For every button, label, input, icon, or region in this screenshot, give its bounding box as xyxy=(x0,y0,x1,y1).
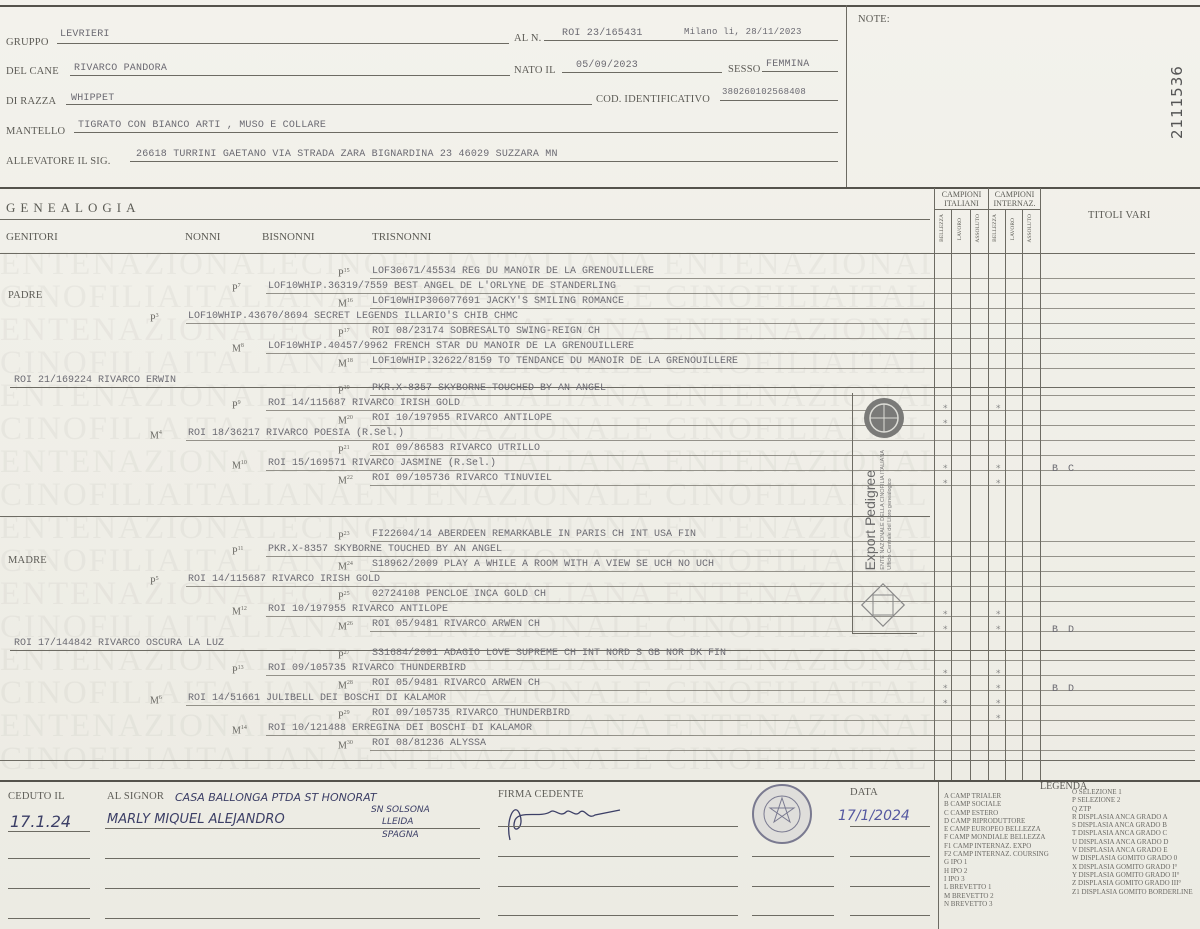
legend-item: V DISPLASIA ANCA GRADO E xyxy=(1072,846,1193,854)
ancestor-name: ROI 15/169571 RIVARCO JASMINE (R.Sel.) xyxy=(268,458,496,469)
sub-bellezza-int: BELLEZZA xyxy=(992,214,998,242)
titoli-vari-header: TITOLI VARI xyxy=(1088,210,1151,221)
legend-item: G IPO 1 xyxy=(944,858,1049,866)
champion-mark: * xyxy=(943,479,948,489)
legend-item: Z1 DISPLASIA GOMITO BORDERLINE xyxy=(1072,888,1193,896)
ancestor-name: ROI 14/51661 JULIBELL DEI BOSCHI DI KALA… xyxy=(188,693,446,704)
col-nonni: NONNI xyxy=(185,231,220,243)
legend-item: T DISPLASIA ANCA GRADO C xyxy=(1072,829,1193,837)
sire-name: ROI 21/169224 RIVARCO ERWIN xyxy=(14,375,176,386)
champion-mark: * xyxy=(943,684,948,694)
champion-mark: * xyxy=(996,464,1001,474)
campioni-italiani-header: CAMPIONI ITALIANI xyxy=(935,190,988,208)
ancestor-position-mark: M4 xyxy=(150,430,162,441)
ancestor-position-mark: M10 xyxy=(232,460,247,471)
ancestor-name: ROI 10/197955 RIVARCO ANTILOPE xyxy=(372,413,552,424)
cod-label: COD. IDENTIFICATIVO xyxy=(596,94,710,105)
official-stamp-icon xyxy=(750,782,814,846)
microchip-code: 380260102568408 xyxy=(722,87,806,97)
ancestor-name: LOF10WHIP.40457/9962 FRENCH STAR DU MANO… xyxy=(268,341,634,352)
ancestor-name: S18962/2009 PLAY A WHILE A ROOM WITH A V… xyxy=(372,559,714,570)
sub-assoluto-it: ASSOLUTO xyxy=(975,214,981,243)
ancestor-name: ROI 08/23174 SOBRESALTO SWING-REIGN CH xyxy=(372,326,600,337)
legend-item: P SELEZIONE 2 xyxy=(1072,796,1193,804)
titoli-value: B D xyxy=(1052,684,1076,695)
champion-mark: * xyxy=(996,669,1001,679)
ancestor-name: ROI 09/105735 RIVARCO THUNDERBIRD xyxy=(268,663,466,674)
export-pedigree-subtitle: ENTE NAZIONALE DELLA CINOFILIA ITALIANAU… xyxy=(880,450,894,570)
champion-mark: * xyxy=(943,610,948,620)
al-n-label: AL N. xyxy=(514,33,541,44)
ancestor-name: ROI 09/105735 RIVARCO THUNDERBIRD xyxy=(372,708,570,719)
sub-bellezza-it: BELLEZZA xyxy=(939,214,945,242)
legend-item: N BREVETTO 3 xyxy=(944,900,1049,908)
transfer-date: 17.1.24 xyxy=(10,812,71,831)
legend-item: M BREVETTO 2 xyxy=(944,892,1049,900)
legend-item: I IPO 3 xyxy=(944,875,1049,883)
champion-mark: * xyxy=(943,419,948,429)
sub-assoluto-int: ASSOLUTO xyxy=(1027,214,1033,243)
signature-image xyxy=(500,790,640,850)
allevatore-label: ALLEVATORE IL SIG. xyxy=(6,156,111,167)
date-value: 17/1/2024 xyxy=(838,808,910,824)
mantello-label: MANTELLO xyxy=(6,126,65,137)
legend-item: A CAMP TRIALER xyxy=(944,792,1049,800)
ancestor-name: PKR.X-8357 SKYBORNE TOUCHED BY AN ANGEL xyxy=(268,544,502,555)
gruppo-label: GRUPPO xyxy=(6,37,49,48)
ancestor-name: FI22604/14 ABERDEEN REMARKABLE IN PARIS … xyxy=(372,529,696,540)
ancestor-position-mark: M14 xyxy=(232,725,247,736)
registration-number: ROI 23/165431 xyxy=(562,28,643,39)
legend-item: C CAMP ESTERO xyxy=(944,809,1049,817)
ancestor-name: ROI 10/121488 ERREGINA DEI BOSCHI DI KAL… xyxy=(268,723,532,734)
legend-item: Q ZTP xyxy=(1072,805,1193,813)
legenda-right-list: O SELEZIONE 1P SELEZIONE 2Q ZTPR DISPLAS… xyxy=(1072,788,1193,896)
buyer-address-1: CASA BALLONGA PTDA ST HONORAT xyxy=(175,791,377,804)
champion-mark: * xyxy=(943,404,948,414)
col-trisnonni: TRISNONNI xyxy=(372,231,431,243)
legend-item: O SELEZIONE 1 xyxy=(1072,788,1193,796)
genealogia-title: GENEALOGIA xyxy=(6,200,140,216)
sesso-label: SESSO xyxy=(728,64,761,75)
sub-lavoro-int: LAVORO xyxy=(1010,218,1016,240)
ancestor-name: 02724108 PENCLOE INCA GOLD CH xyxy=(372,589,546,600)
legend-item: B CAMP SOCIALE xyxy=(944,800,1049,808)
dam-name: ROI 17/144842 RIVARCO OSCURA LA LUZ xyxy=(14,638,224,649)
pedigree-document: ENTENAZIONALECINOFILIAITALIANA ENTENAZIO… xyxy=(0,0,1200,929)
champion-mark: * xyxy=(996,699,1001,709)
note-label: NOTE: xyxy=(858,14,890,25)
legend-item: F2 CAMP INTERNAZ. COURSING xyxy=(944,850,1049,858)
champion-mark: * xyxy=(943,464,948,474)
place-date: Milano li, 28/11/2023 xyxy=(684,27,802,37)
champion-mark: * xyxy=(996,714,1001,724)
champion-mark: * xyxy=(996,479,1001,489)
legend-item: F CAMP MONDIALE BELLEZZA xyxy=(944,833,1049,841)
legend-item: S DISPLASIA ANCA GRADO B xyxy=(1072,821,1193,829)
champion-mark: * xyxy=(943,669,948,679)
champion-mark: * xyxy=(996,404,1001,414)
coat-value: TIGRATO CON BIANCO ARTI , MUSO E COLLARE xyxy=(78,120,326,131)
madre-label: MADRE xyxy=(8,555,47,566)
ancestor-position-mark: P23 xyxy=(338,531,350,542)
ancestor-position-mark: P5 xyxy=(150,576,159,587)
campioni-internaz-header: CAMPIONI INTERNAZ. xyxy=(989,190,1040,208)
export-pedigree-title: Export Pedigree xyxy=(862,470,878,570)
breed-value: WHIPPET xyxy=(71,93,114,104)
ancestor-name: ROI 10/197955 RIVARCO ANTILOPE xyxy=(268,604,448,615)
champion-mark: * xyxy=(943,699,948,709)
legend-item: H IPO 2 xyxy=(944,867,1049,875)
champion-mark: * xyxy=(996,625,1001,635)
di-razza-label: DI RAZZA xyxy=(6,96,56,107)
legend-item: F1 CAMP INTERNAZ. EXPO xyxy=(944,842,1049,850)
ancestor-position-mark: P7 xyxy=(232,283,241,294)
legend-item: U DISPLASIA ANCA GRADO D xyxy=(1072,838,1193,846)
ancestor-position-mark: M22 xyxy=(338,475,353,486)
ancestor-position-mark: P11 xyxy=(232,546,243,557)
sex-value: FEMMINA xyxy=(766,59,809,70)
dog-name: RIVARCO PANDORA xyxy=(74,63,167,74)
gruppo-value: LEVRIERI xyxy=(60,29,110,40)
ancestor-name: LOF10WHIP.32622/8159 TO TENDANCE DU MANO… xyxy=(372,356,738,367)
ancestor-name: ROI 14/115687 RIVARCO IRISH GOLD xyxy=(268,398,460,409)
ancestor-position-mark: P29 xyxy=(338,710,350,721)
legend-item: Z DISPLASIA GOMITO GRADO III° xyxy=(1072,879,1193,887)
ancestor-name: LOF10WHIP.36319/7559 BEST ANGEL DE L'ORL… xyxy=(268,281,616,292)
ancestor-position-mark: P3 xyxy=(150,313,159,324)
ancestor-position-mark: M24 xyxy=(338,561,353,572)
al-signor-label: AL SIGNOR xyxy=(107,791,164,802)
ancestor-position-mark: P19 xyxy=(338,385,350,396)
buyer-address-4: SPAGNA xyxy=(382,830,419,840)
ancestor-position-mark: P17 xyxy=(338,328,350,339)
buyer-address-3: LLEIDA xyxy=(382,817,413,827)
ancestor-name: LOF10WHIP306077691 JACKY'S SMILING ROMAN… xyxy=(372,296,624,307)
ancestor-position-mark: M28 xyxy=(338,680,353,691)
champion-mark: * xyxy=(996,684,1001,694)
ancestor-position-mark: M8 xyxy=(232,343,244,354)
ancestor-position-mark: M12 xyxy=(232,606,247,617)
champion-mark: * xyxy=(996,610,1001,620)
legend-item: L BREVETTO 1 xyxy=(944,883,1049,891)
enci-logo-icon xyxy=(858,580,910,632)
ancestor-name: ROI 14/115687 RIVARCO IRISH GOLD xyxy=(188,574,380,585)
legend-item: Y DISPLASIA GOMITO GRADO II° xyxy=(1072,871,1193,879)
ancestor-position-mark: P27 xyxy=(338,650,350,661)
titoli-value: B D xyxy=(1052,625,1076,636)
ancestor-name: ROI 08/81236 ALYSSA xyxy=(372,738,486,749)
ancestor-position-mark: M20 xyxy=(338,415,353,426)
birth-date: 05/09/2023 xyxy=(576,60,638,71)
ancestor-name: S31684/2001 ADAGIO LOVE SUPREME CH INT N… xyxy=(372,648,726,659)
nato-il-label: NATO IL xyxy=(514,65,556,76)
ancestor-position-mark: M26 xyxy=(338,621,353,632)
ancestor-name: ROI 05/9481 RIVARCO ARWEN CH xyxy=(372,619,540,630)
ancestor-name: ROI 18/36217 RIVARCO POESIA (R.Sel.) xyxy=(188,428,404,439)
legend-item: X DISPLASIA GOMITO GRADO I° xyxy=(1072,863,1193,871)
legend-item: E CAMP EUROPEO BELLEZZA xyxy=(944,825,1049,833)
ancestor-position-mark: P9 xyxy=(232,400,241,411)
col-genitori: GENITORI xyxy=(6,231,58,243)
ancestor-position-mark: M6 xyxy=(150,695,162,706)
ancestor-name: PKR.X-8357 SKYBORNE TOUCHED BY AN ANGEL xyxy=(372,383,606,394)
titoli-value: B C xyxy=(1052,464,1076,475)
breeder-value: 26618 TURRINI GAETANO VIA STRADA ZARA BI… xyxy=(136,149,558,160)
legend-item: W DISPLASIA GOMITO GRADO 0 xyxy=(1072,854,1193,862)
ancestor-name: LOF30671/45534 REG DU MANOIR DE LA GRENO… xyxy=(372,266,654,277)
ancestor-position-mark: P21 xyxy=(338,445,350,456)
buyer-name: MARLY MIQUEL ALEJANDRO xyxy=(107,812,285,827)
padre-label: PADRE xyxy=(8,290,42,301)
legenda-left-list: A CAMP TRIALERB CAMP SOCIALEC CAMP ESTER… xyxy=(944,792,1049,908)
champion-mark: * xyxy=(943,625,948,635)
fci-logo-icon xyxy=(862,396,906,440)
ancestor-position-mark: M16 xyxy=(338,298,353,309)
ceduto-label: CEDUTO IL xyxy=(8,791,65,802)
del-cane-label: DEL CANE xyxy=(6,66,59,77)
data-label: DATA xyxy=(850,787,878,798)
legend-item: D CAMP RIPRODUTTORE xyxy=(944,817,1049,825)
col-bisnonni: BISNONNI xyxy=(262,231,315,243)
sub-lavoro-it: LAVORO xyxy=(957,218,963,240)
ancestor-position-mark: P13 xyxy=(232,665,244,676)
ancestor-position-mark: P15 xyxy=(338,268,350,279)
ancestor-name: ROI 09/105736 RIVARCO TINUVIEL xyxy=(372,473,552,484)
ancestor-position-mark: M18 xyxy=(338,358,353,369)
ancestor-position-mark: M30 xyxy=(338,740,353,751)
serial-number: 2111536 xyxy=(1168,52,1198,152)
legend-item: R DISPLASIA ANCA GRADO A xyxy=(1072,813,1193,821)
ancestor-name: ROI 05/9481 RIVARCO ARWEN CH xyxy=(372,678,540,689)
ancestor-name: ROI 09/86583 RIVARCO UTRILLO xyxy=(372,443,540,454)
buyer-address-2: SN SOLSONA xyxy=(371,805,430,815)
ancestor-position-mark: P25 xyxy=(338,591,350,602)
ancestor-name: LOF10WHIP.43670/8694 SECRET LEGENDS ILLA… xyxy=(188,311,518,322)
